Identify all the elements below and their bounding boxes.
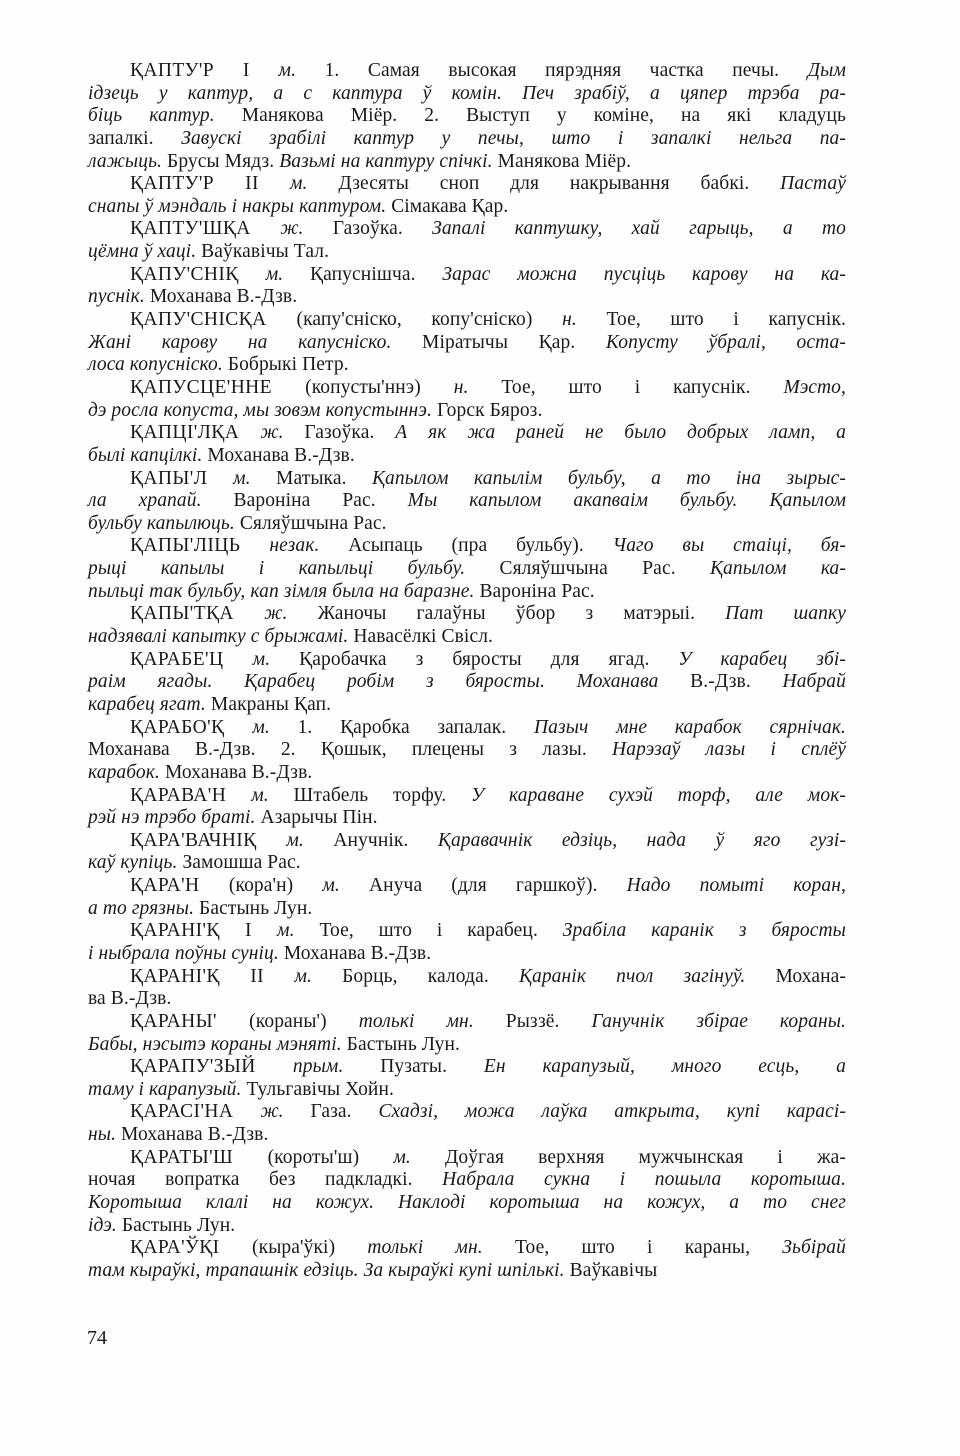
entry-first-line: ҚАПТУ'ШҚА ж. Газоўка. Запалі каптушку, х… [88, 218, 846, 241]
body-text: Бастынь Лун. [122, 1215, 235, 1236]
headword: ҚАРАНІ'Қ I [130, 920, 277, 941]
body-text: Пузаты. [380, 1056, 484, 1077]
italic-text: ж. [264, 603, 317, 624]
headword: ҚАРАБО'Қ [130, 717, 252, 738]
dictionary-entry: ҚАПТУ'ШҚА ж. Газоўка. Запалі каптушку, х… [88, 218, 846, 263]
body-text: Моханава В.-Дзв. [284, 943, 431, 964]
dictionary-entry: ҚАРА'Н (кора'н) м. Ануча (для гаршкоў). … [88, 875, 846, 920]
entry-first-line: ҚАПТУ'Р II м. Дзесяты сноп для накрыванн… [88, 173, 846, 196]
italic-text: ідэ. [88, 1215, 122, 1236]
italic-text: былі капцілкі. [88, 445, 207, 466]
body-text: Замошша Рас. [182, 852, 300, 873]
body-text: (копусты'ннэ) [305, 377, 454, 398]
entry-continuation-line: таму і карапузый. Тульгавічы Хойн. [88, 1079, 846, 1102]
headword: ҚАРАТЫ'Ш [130, 1147, 268, 1168]
body-text: Қапуснішча. [310, 264, 442, 285]
headword: ҚАРА'ВАЧНІҚ [130, 830, 286, 851]
italic-text: Коротыша клалі на кожух. Наклоді коротыш… [88, 1192, 846, 1213]
italic-text: н. [562, 309, 606, 330]
entry-first-line: ҚАРАБО'Қ м. 1. Қаробка запалак. Пазыч мн… [88, 717, 846, 740]
italic-text: м. [266, 264, 310, 285]
body-text: Моханава В.-Дзв. [165, 762, 312, 783]
body-text: Бастынь Лун. [199, 898, 312, 919]
body-text: Штабель торфу. [294, 785, 471, 806]
italic-text: Ганучнік збірае кораны. [591, 1011, 846, 1032]
italic-text: таму і карапузый. [88, 1079, 247, 1100]
headword: ҚАРАБЕ'Ц [130, 649, 253, 670]
entry-continuation-line: а то грязны. Бастынь Лун. [88, 898, 846, 921]
dictionary-entry: ҚАПУ'СНІСҚА (капу'сніско, копу'сніско) н… [88, 309, 846, 377]
italic-text: м. [322, 875, 369, 896]
entry-continuation-line: ны. Моханава В.-Дзв. [88, 1124, 846, 1147]
italic-text: снапы ў мэндаль і накры каптуром. [88, 196, 391, 217]
italic-text: н. [454, 377, 502, 398]
headword: ҚАПТУ'ШҚА [130, 218, 280, 239]
italic-text: м. [393, 1147, 445, 1168]
entry-continuation-line: там кыраўкі, трапашнік едзіць. За кыраўк… [88, 1260, 846, 1283]
headword: ҚАПУСЦЕ'ННЕ [130, 377, 305, 398]
italic-text: Пат шапку [725, 603, 846, 624]
italic-text: а то грязны. [88, 898, 199, 919]
italic-text: Схадзі, можа лаўка аткрыта, купі карасі- [378, 1101, 846, 1122]
italic-text: толькі мн. [359, 1011, 506, 1032]
body-text: Ваўкавічы [570, 1260, 658, 1281]
body-text: Сімакава Қар. [391, 196, 508, 217]
body-text: Міратычы Қар. [422, 332, 606, 353]
dictionary-text-column: ҚАПТУ'Р I м. 1. Самая высокая пярэдняя ч… [88, 60, 846, 1283]
italic-text: пуснік. [88, 286, 150, 307]
italic-text: Набрай [783, 671, 847, 692]
body-text: Бобрыкі Петр. [228, 354, 349, 375]
italic-text: толькі мн. [367, 1237, 515, 1258]
entry-continuation-line: пуснік. Моханава В.-Дзв. [88, 286, 846, 309]
body-text: Манякова Міёр. 2. Выступ у коміне, на як… [242, 105, 846, 126]
entry-continuation-line: ідзець у каптур, а с каптура ў комін. Пе… [88, 83, 846, 106]
italic-text: Зьбірай [782, 1237, 846, 1258]
italic-text: Ен карапузый, много есць, а [484, 1056, 846, 1077]
italic-text: пыльці так бульбу, кап зімля была на бар… [88, 581, 479, 602]
entry-continuation-line: Бабы, нэсытэ кораны мэняті. Бастынь Лун. [88, 1034, 846, 1057]
entry-continuation-line: ночая вопратка без падкладкі. Набрала су… [88, 1169, 846, 1192]
body-text: Навасёлкі Свісл. [353, 626, 493, 647]
italic-text: лоса копусніско. [88, 354, 228, 375]
entry-first-line: ҚАРАБЕ'Ц м. Қаробачка з бяросты для ягад… [88, 649, 846, 672]
body-text: Тое, што і караны, [515, 1237, 782, 1258]
entry-continuation-line: бульбу капылюць. Сяляўшчына Рас. [88, 513, 846, 536]
entry-continuation-line: снапы ў мэндаль і накры каптуром. Сімака… [88, 196, 846, 219]
italic-text: рыці капылы і капыльці бульбу. [88, 558, 500, 579]
entry-first-line: ҚАРАНІ'Қ II м. Борць, калода. Қаранік пч… [88, 966, 846, 989]
body-text: Сяляўшчына Рас. [500, 558, 710, 579]
body-text: Брусы Мядз. [167, 151, 279, 172]
italic-text: А як жа раней не было добрых ламп, а [395, 422, 846, 443]
italic-text: м. [277, 920, 319, 941]
body-text: ва В.-Дзв. [88, 988, 171, 1009]
entry-continuation-line: каў купіць. Замошша Рас. [88, 852, 846, 875]
entry-first-line: ҚАРАТЫ'Ш (короты'ш) м. Доўгая верхняя му… [88, 1147, 846, 1170]
entry-continuation-line: раім ягады. Қарабец робім з бяросты. Мох… [88, 671, 846, 694]
italic-text: Бабы, нэсытэ кораны мэняті. [88, 1034, 347, 1055]
headword: ҚАПТУ'Р II [130, 173, 290, 194]
body-text: Моханава В.-Дзв. [121, 1124, 268, 1145]
italic-text: ж. [280, 218, 332, 239]
body-text: Ваўкавічы Тал. [201, 241, 329, 262]
headword: ҚАПЫ'ЛІЦЬ [130, 535, 269, 556]
headword: ҚАРАСІ'НА [130, 1101, 260, 1122]
italic-text: м. [251, 785, 293, 806]
dictionary-entry: ҚАПУ'СНІҚ м. Қапуснішча. Зарас можна пус… [88, 264, 846, 309]
italic-text: м. [294, 966, 342, 987]
body-text: Вароніна Рас. [479, 581, 594, 602]
body-text: В.-Дзв. [690, 671, 782, 692]
body-text: Дзесяты сноп для накрывання бабкі. [338, 173, 780, 194]
body-text: Қаробачка з бяросты для ягад. [299, 649, 678, 670]
italic-text: раім ягады. Қарабец робім з бяросты. Мох… [88, 671, 690, 692]
entry-first-line: ҚАРАВА'Н м. Штабель торфу. У караване су… [88, 785, 846, 808]
italic-text: м. [253, 649, 299, 670]
headword: ҚАПЫ'ТҚА [130, 603, 264, 624]
headword: ҚАПЦІ'ЛҚА [130, 422, 260, 443]
entry-continuation-line: пыльці так бульбу, кап зімля была на бар… [88, 581, 846, 604]
body-text: (кора'н) [229, 875, 322, 896]
entry-first-line: ҚАРА'ВАЧНІҚ м. Анучнік. Қаравачнік едзіц… [88, 830, 846, 853]
entry-continuation-line: Моханава В.-Дзв. 2. Қошык, плецены з лаз… [88, 739, 846, 762]
italic-text: там кыраўкі, трапашнік едзіць. За кыраўк… [88, 1260, 570, 1281]
body-text: Моханава В.-Дзв. [150, 286, 297, 307]
body-text: Тое, што і капуснік. [501, 377, 783, 398]
body-text: Манякова Міёр. [498, 151, 632, 172]
body-text: Асыпаць (пра бульбу). [348, 535, 612, 556]
entry-continuation-line: ва В.-Дзв. [88, 988, 846, 1011]
dictionary-entry: ҚАРАБЕ'Ц м. Қаробачка з бяросты для ягад… [88, 649, 846, 717]
dictionary-entry: ҚАРАВА'Н м. Штабель торфу. У караване су… [88, 785, 846, 830]
body-text: Тое, што і капуснік. [606, 309, 846, 330]
italic-text: рэй нэ трэбо браті. [88, 807, 261, 828]
body-text: Сяляўшчына Рас. [240, 513, 387, 534]
dictionary-page: ҚАПТУ'Р I м. 1. Самая высокая пярэдняя ч… [0, 0, 960, 1456]
dictionary-entry: ҚАРА'ЎҚІ (кыра'ўкі) толькі мн. Тое, што … [88, 1237, 846, 1282]
italic-text: Надо помыті коран, [627, 875, 846, 896]
body-text: Моханава В.-Дзв. 2. Қошык, плецены з лаз… [88, 739, 612, 760]
headword: ҚАРАНЫ' [130, 1011, 249, 1032]
body-text: 1. Қаробка запалак. [298, 717, 534, 738]
entry-first-line: ҚАПУ'СНІҚ м. Қапуснішча. Зарас можна пус… [88, 264, 846, 287]
dictionary-entry: ҚАПТУ'Р I м. 1. Самая высокая пярэдняя ч… [88, 60, 846, 173]
entry-continuation-line: Жані карову на капусніско. Міратычы Қар.… [88, 332, 846, 355]
italic-text: карабец ягат. [88, 694, 211, 715]
body-text: (кыра'ўкі) [252, 1237, 367, 1258]
italic-text: ж. [260, 422, 304, 443]
dictionary-entry: ҚАРАБО'Қ м. 1. Қаробка запалак. Пазыч мн… [88, 717, 846, 785]
italic-text: Завускі зрабілі каптур у печы, што і зап… [181, 128, 846, 149]
entry-first-line: ҚАРА'ЎҚІ (кыра'ўкі) толькі мн. Тое, што … [88, 1237, 846, 1260]
entry-continuation-line: рыці капылы і капыльці бульбу. Сяляўшчын… [88, 558, 846, 581]
body-text: (кораны') [249, 1011, 359, 1032]
dictionary-entry: ҚАПЫ'Л м. Матыка. Қапылом капылім бульбу… [88, 468, 846, 536]
entry-continuation-line: карабок. Моханава В.-Дзв. [88, 762, 846, 785]
italic-text: Пастаў [780, 173, 846, 194]
italic-text: прым. [293, 1056, 380, 1077]
entry-continuation-line: лажыць. Брусы Мядз. Вазьмі на каптуру сп… [88, 151, 846, 174]
italic-text: дэ росла копуста, мы зовэм копустыннэ. [88, 400, 437, 421]
italic-text: м. [252, 717, 297, 738]
body-text: ночая вопратка без падкладкі. [88, 1169, 442, 1190]
italic-text: Мы капылом акапваім бульбу. Қапылом [408, 490, 846, 511]
body-text: Бастынь Лун. [347, 1034, 460, 1055]
italic-text: Чаго вы стаіці, бя- [613, 535, 846, 556]
entry-first-line: ҚАПЫ'ТҚА ж. Жаночы галаўны ўбор з матэры… [88, 603, 846, 626]
entry-first-line: ҚАПУ'СНІСҚА (капу'сніско, копу'сніско) н… [88, 309, 846, 332]
italic-text: ж. [260, 1101, 310, 1122]
dictionary-entry: ҚАРАСІ'НА ж. Газа. Схадзі, можа лаўка ат… [88, 1101, 846, 1146]
body-text: Моханава В.-Дзв. [207, 445, 354, 466]
headword: ҚАРА'ЎҚІ [130, 1237, 252, 1258]
entry-continuation-line: надзявалі капытку с брыжамі. Навасёлкі С… [88, 626, 846, 649]
entry-first-line: ҚАРАСІ'НА ж. Газа. Схадзі, можа лаўка ат… [88, 1101, 846, 1124]
body-text: Матыка. [276, 468, 372, 489]
italic-text: м. [290, 173, 338, 194]
entry-continuation-line: былі капцілкі. Моханава В.-Дзв. [88, 445, 846, 468]
italic-text: каў купіць. [88, 852, 182, 873]
italic-text: лажыць. [88, 151, 167, 172]
dictionary-entry: ҚАПЫ'ЛІЦЬ незак. Асыпаць (пра бульбу). Ч… [88, 535, 846, 603]
dictionary-entry: ҚАПЫ'ТҚА ж. Жаночы галаўны ўбор з матэры… [88, 603, 846, 648]
entry-first-line: ҚАПЦІ'ЛҚА ж. Газоўка. А як жа раней не б… [88, 422, 846, 445]
italic-text: Пазыч мне карабок сярнічак. [534, 717, 846, 738]
headword: ҚАПЫ'Л [130, 468, 233, 489]
body-text: Макраны Қап. [211, 694, 331, 715]
dictionary-entry: ҚАРА'ВАЧНІҚ м. Анучнік. Қаравачнік едзіц… [88, 830, 846, 875]
entry-first-line: ҚАРАПУ'ЗЫЙ прым. Пузаты. Ен карапузый, м… [88, 1056, 846, 1079]
headword: ҚАПТУ'Р I [130, 60, 279, 81]
entry-continuation-line: біць каптур. Манякова Міёр. 2. Выступ у … [88, 105, 846, 128]
body-text: Ануча (для гаршкоў). [369, 875, 627, 896]
headword: ҚАРАНІ'Қ II [130, 966, 294, 987]
italic-text: Вазьмі на каптуру спічкі. [279, 151, 497, 172]
headword: ҚАРА'Н [130, 875, 229, 896]
italic-text: Жані карову на капусніско. [88, 332, 422, 353]
italic-text: Набрала сукна і пошыла коротыша. [442, 1169, 846, 1190]
headword: ҚАПУ'СНІСҚА [130, 309, 296, 330]
dictionary-entry: ҚАРАТЫ'Ш (короты'ш) м. Доўгая верхняя му… [88, 1147, 846, 1238]
entry-continuation-line: Коротыша клалі на кожух. Наклоді коротыш… [88, 1192, 846, 1215]
body-text: Борць, калода. [342, 966, 519, 987]
italic-text: Қапылом капылім бульбу, а то іна зырыс- [372, 468, 846, 489]
headword: ҚАРАПУ'ЗЫЙ [130, 1056, 293, 1077]
body-text: (короты'ш) [268, 1147, 394, 1168]
entry-first-line: ҚАПЫ'ЛІЦЬ незак. Асыпаць (пра бульбу). Ч… [88, 535, 846, 558]
italic-text: У карабец збі- [678, 649, 846, 670]
body-text: Азарычы Пін. [261, 807, 378, 828]
body-text: Газоўка. [333, 218, 432, 239]
body-text: Анучнік. [333, 830, 438, 851]
italic-text: надзявалі капытку с брыжамі. [88, 626, 353, 647]
body-text: Мохана- [775, 966, 846, 987]
body-text: Газоўка. [304, 422, 395, 443]
body-text: Тое, што і карабец. [319, 920, 562, 941]
body-text: Рыззё. [506, 1011, 592, 1032]
entry-first-line: ҚАРАНЫ' (кораны') толькі мн. Рыззё. Гану… [88, 1011, 846, 1034]
entry-continuation-line: ла храпай. Вароніна Рас. Мы капылом акап… [88, 490, 846, 513]
italic-text: м. [279, 60, 325, 81]
italic-text: Зрабіла каранік з бяросты [563, 920, 846, 941]
entry-first-line: ҚАПЫ'Л м. Матыка. Қапылом капылім бульбу… [88, 468, 846, 491]
italic-text: Мэсто, [783, 377, 846, 398]
entry-continuation-line: ідэ. Бастынь Лун. [88, 1215, 846, 1238]
dictionary-entry: ҚАРАНЫ' (кораны') толькі мн. Рыззё. Гану… [88, 1011, 846, 1056]
entry-continuation-line: цёмна ў хаці. Ваўкавічы Тал. [88, 241, 846, 264]
headword: ҚАПУ'СНІҚ [130, 264, 266, 285]
italic-text: Копусту ўбралі, оста- [606, 332, 846, 353]
entry-first-line: ҚАРА'Н (кора'н) м. Ануча (для гаршкоў). … [88, 875, 846, 898]
body-text: Вароніна Рас. [234, 490, 408, 511]
body-text: запалкі. [88, 128, 181, 149]
dictionary-entry: ҚАРАПУ'ЗЫЙ прым. Пузаты. Ен карапузый, м… [88, 1056, 846, 1101]
italic-text: незак. [269, 535, 348, 556]
italic-text: ла храпай. [88, 490, 234, 511]
entry-continuation-line: запалкі. Завускі зрабілі каптур у печы, … [88, 128, 846, 151]
entry-continuation-line: рэй нэ трэбо браті. Азарычы Пін. [88, 807, 846, 830]
body-text: Тульгавічы Хойн. [247, 1079, 394, 1100]
italic-text: Дым [808, 60, 846, 81]
italic-text: Қапылом ка- [710, 558, 846, 579]
italic-text: Қаранік пчол загінуў. [519, 966, 776, 987]
italic-text: У караване сухэй торф, але мок- [471, 785, 846, 806]
body-text: Горск Бяроз. [437, 400, 543, 421]
italic-text: м. [233, 468, 276, 489]
body-text: Жаночы галаўны ўбор з матэрыі. [318, 603, 726, 624]
italic-text: ны. [88, 1124, 121, 1145]
entry-continuation-line: дэ росла копуста, мы зовэм копустыннэ. Г… [88, 400, 846, 423]
dictionary-entry: ҚАПУСЦЕ'ННЕ (копусты'ннэ) н. Тое, што і … [88, 377, 846, 422]
italic-text: Запалі каптушку, хай гарыць, а то [432, 218, 846, 239]
dictionary-entry: ҚАПЦІ'ЛҚА ж. Газоўка. А як жа раней не б… [88, 422, 846, 467]
body-text: (капу'сніско, копу'сніско) [296, 309, 562, 330]
entry-continuation-line: карабец ягат. Макраны Қап. [88, 694, 846, 717]
body-text: Доўгая верхняя мужчынская і жа- [445, 1147, 846, 1168]
body-text: Газа. [310, 1101, 378, 1122]
dictionary-entry: ҚАРАНІ'Қ II м. Борць, калода. Қаранік пч… [88, 966, 846, 1011]
italic-text: Нарэзаў лазы і сплёў [612, 739, 846, 760]
italic-text: цёмна ў хаці. [88, 241, 201, 262]
italic-text: карабок. [88, 762, 165, 783]
entry-continuation-line: лоса копусніско. Бобрыкі Петр. [88, 354, 846, 377]
headword: ҚАРАВА'Н [130, 785, 251, 806]
page-number: 74 [87, 1326, 107, 1350]
italic-text: бульбу капылюць. [88, 513, 240, 534]
italic-text: Зарас можна пусціць карову на ка- [442, 264, 846, 285]
entry-first-line: ҚАПУСЦЕ'ННЕ (копусты'ннэ) н. Тое, што і … [88, 377, 846, 400]
italic-text: м. [286, 830, 333, 851]
italic-text: ідзець у каптур, а с каптура ў комін. Пе… [88, 83, 846, 104]
dictionary-entry: ҚАПТУ'Р II м. Дзесяты сноп для накрыванн… [88, 173, 846, 218]
entry-continuation-line: і ныбрала поўны суніц. Моханава В.-Дзв. [88, 943, 846, 966]
entry-first-line: ҚАРАНІ'Қ I м. Тое, што і карабец. Зрабіл… [88, 920, 846, 943]
italic-text: біць каптур. [88, 105, 242, 126]
dictionary-entry: ҚАРАНІ'Қ I м. Тое, што і карабец. Зрабіл… [88, 920, 846, 965]
body-text: 1. Самая высокая пярэдняя частка печы. [325, 60, 808, 81]
entry-first-line: ҚАПТУ'Р I м. 1. Самая высокая пярэдняя ч… [88, 60, 846, 83]
italic-text: і ныбрала поўны суніц. [88, 943, 284, 964]
italic-text: Қаравачнік едзіць, нада ў яго гузі- [438, 830, 846, 851]
